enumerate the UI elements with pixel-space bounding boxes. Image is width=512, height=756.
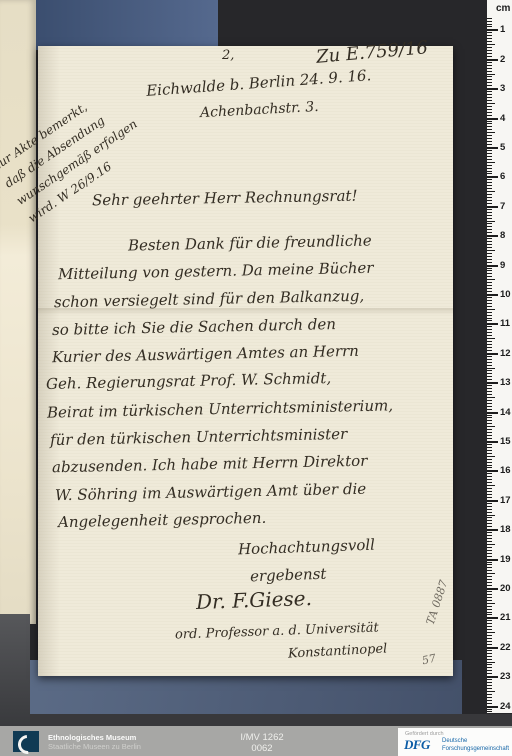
ruler-tick: [487, 250, 495, 251]
ruler-tick: [487, 323, 498, 325]
ruler-tick: [487, 121, 492, 122]
ruler-tick: [487, 535, 492, 536]
ruler-tick: [487, 259, 492, 260]
ruler-tick: [487, 232, 492, 233]
museum-subtitle: Staatliche Museen zu Berlin: [48, 742, 141, 751]
ruler-tick: [487, 150, 492, 151]
ruler-tick: [487, 26, 492, 27]
ruler-tick: [487, 470, 498, 472]
ruler-tick: [487, 362, 492, 363]
ruler-tick: [487, 429, 492, 430]
ruler-tick: [487, 564, 492, 565]
ruler-tick: [487, 76, 492, 77]
ruler-tick: [487, 144, 492, 145]
ruler-tick: [487, 41, 492, 42]
ruler-tick: [487, 547, 492, 548]
ruler-tick: [487, 635, 492, 636]
page-number-annotation: 2,: [222, 48, 234, 63]
ruler-tick: [487, 221, 495, 222]
ruler-tick: [487, 585, 492, 586]
ruler-tick: [487, 209, 492, 210]
ruler-tick: [487, 517, 492, 518]
ruler-tick: [487, 706, 498, 708]
museum-logo-icon: [13, 731, 39, 752]
ruler-tick: [487, 365, 492, 366]
ruler-tick: [487, 544, 495, 545]
ruler-tick: [487, 59, 498, 61]
ruler-number: 11: [500, 318, 510, 329]
ruler-tick: [487, 56, 492, 57]
ruler-tick: [487, 297, 492, 298]
ruler-tick: [487, 685, 492, 686]
ruler-tick: [487, 653, 492, 654]
ruler-tick: [487, 682, 492, 683]
ruler-tick: [487, 74, 495, 75]
ruler-tick: [487, 65, 492, 66]
ruler-tick: [487, 526, 492, 527]
ruler-tick: [487, 509, 492, 510]
ruler-tick: [487, 400, 492, 401]
ruler-tick: [487, 679, 492, 680]
ruler-number: 4: [500, 113, 505, 124]
ruler-tick: [487, 350, 492, 351]
ruler-tick: [487, 403, 492, 404]
ruler-tick: [487, 664, 492, 665]
ruler-number: 5: [500, 142, 505, 153]
ruler-tick: [487, 626, 492, 627]
ruler-tick: [487, 53, 492, 54]
ruler-tick: [487, 318, 492, 319]
ruler-tick: [487, 282, 492, 283]
ruler-tick: [487, 194, 492, 195]
ruler-tick: [487, 162, 495, 163]
ruler-tick: [487, 700, 492, 701]
ruler-tick: [487, 532, 492, 533]
ruler-tick: [487, 694, 492, 695]
ruler-tick: [487, 541, 492, 542]
ruler-tick: [487, 512, 492, 513]
ruler-tick: [487, 171, 492, 172]
ruler-tick: [487, 647, 498, 649]
ruler-tick: [487, 303, 492, 304]
ruler-tick: [487, 68, 492, 69]
ruler-tick: [487, 588, 498, 590]
ruler-tick: [487, 212, 492, 213]
ruler-tick: [487, 562, 492, 563]
ruler-tick: [487, 368, 495, 369]
ruler-tick: [487, 226, 492, 227]
ruler-tick: [487, 353, 498, 355]
ruler-tick: [487, 129, 492, 130]
ruler-tick: [487, 106, 492, 107]
ruler-tick: [487, 553, 492, 554]
ruler-number: 7: [500, 201, 505, 212]
ruler-tick: [487, 50, 492, 51]
ruler-tick: [487, 638, 492, 639]
ruler-tick: [487, 641, 492, 642]
ruler-tick: [487, 126, 492, 127]
ruler-tick: [487, 97, 492, 98]
ruler-tick: [487, 632, 495, 633]
ruler-tick: [487, 670, 492, 671]
ruler-tick: [487, 406, 492, 407]
ruler-tick: [487, 82, 492, 83]
ruler-tick: [487, 597, 492, 598]
ruler-tick: [487, 709, 492, 710]
ruler-tick: [487, 491, 492, 492]
ruler-number: 14: [500, 407, 511, 418]
ruler-number: 19: [500, 554, 511, 565]
ruler-tick: [487, 594, 492, 595]
ruler-tick: [487, 47, 492, 48]
ruler-tick: [487, 711, 492, 712]
ruler-tick: [487, 515, 495, 516]
ruler-tick: [487, 520, 492, 521]
ruler-tick: [487, 71, 492, 72]
inventory-id-block: I/MV 1262 0062: [226, 732, 298, 754]
ruler-tick: [487, 482, 492, 483]
ruler-number: 13: [500, 377, 511, 388]
ruler-tick: [487, 229, 492, 230]
ruler-tick: [487, 341, 492, 342]
scan-number: 0062: [226, 743, 298, 754]
dfg-logo: DFG: [404, 737, 430, 753]
ruler-tick: [487, 185, 492, 186]
ruler-tick: [487, 206, 498, 208]
ruler-tick: [487, 306, 492, 307]
ruler-tick: [487, 394, 492, 395]
funder-name-line: Forschungsgemeinschaft: [442, 746, 509, 754]
ruler-tick: [487, 203, 492, 204]
ruler-tick: [487, 656, 492, 657]
ruler-tick: [487, 479, 492, 480]
ruler-tick: [487, 444, 492, 445]
ruler-tick: [487, 688, 492, 689]
ruler-tick: [487, 147, 498, 149]
ruler-tick: [487, 79, 492, 80]
underlying-page-edge: [0, 0, 36, 624]
ruler-tick: [487, 138, 492, 139]
ruler-tick: [487, 215, 492, 216]
ruler-tick: [487, 391, 492, 392]
ruler-tick: [487, 456, 495, 457]
ruler-number: 18: [500, 524, 511, 535]
ruler-tick: [487, 241, 492, 242]
ruler-tick: [487, 191, 495, 192]
ruler-tick: [487, 388, 492, 389]
ruler-tick: [487, 441, 498, 443]
ruler-tick: [487, 609, 492, 610]
ruler-tick: [487, 476, 492, 477]
ruler-tick: [487, 426, 495, 427]
ruler-tick: [487, 538, 492, 539]
ruler-tick: [487, 100, 492, 101]
ruler-tick: [487, 506, 492, 507]
ruler-number: 17: [500, 495, 511, 506]
ruler-number: 9: [500, 260, 505, 271]
ruler-tick: [487, 662, 495, 663]
ruler-tick: [487, 279, 495, 280]
ruler-tick: [487, 38, 492, 39]
ruler-tick: [487, 376, 492, 377]
ruler-tick: [487, 465, 492, 466]
ruler-tick: [487, 335, 492, 336]
ruler-tick: [487, 103, 495, 104]
ruler-tick: [487, 462, 492, 463]
ruler-tick: [487, 253, 492, 254]
ruler-tick: [487, 320, 492, 321]
ruler-tick: [487, 118, 498, 120]
ruler-tick: [487, 112, 492, 113]
ruler-tick: [487, 235, 498, 237]
ruler-tick: [487, 356, 492, 357]
ruler-tick: [487, 435, 492, 436]
ruler-number: 10: [500, 289, 511, 300]
ruler-tick: [487, 379, 492, 380]
ruler-tick: [487, 409, 492, 410]
ruler-tick: [487, 412, 498, 414]
ruler-tick: [487, 620, 492, 621]
ruler-tick: [487, 576, 492, 577]
ruler-number: 21: [500, 612, 511, 623]
museum-title-block: Ethnologisches Museum Staatliche Museen …: [48, 733, 141, 751]
ruler-tick: [487, 123, 492, 124]
ruler-tick: [487, 623, 492, 624]
ruler-tick: [487, 156, 492, 157]
ruler-tick: [487, 382, 498, 384]
ruler-tick: [487, 567, 492, 568]
ruler-tick: [487, 88, 498, 90]
ruler-number: 3: [500, 83, 505, 94]
ruler-tick: [487, 326, 492, 327]
ruler-tick: [487, 91, 492, 92]
ruler-tick: [487, 438, 492, 439]
ruler-tick: [487, 570, 492, 571]
ruler-tick: [487, 579, 492, 580]
ruler-tick: [487, 332, 492, 333]
ruler-tick: [487, 559, 498, 561]
ruler-tick: [487, 29, 498, 31]
ruler-tick: [487, 141, 492, 142]
ruler-tick: [487, 338, 495, 339]
ruler-tick: [487, 288, 492, 289]
ruler-tick: [487, 415, 492, 416]
ruler-tick: [487, 550, 492, 551]
ruler-tick: [487, 603, 495, 604]
ruler-tick: [487, 18, 492, 19]
ruler-tick: [487, 218, 492, 219]
ruler-tick: [487, 115, 492, 116]
ruler-tick: [487, 265, 498, 267]
ruler-number: 1: [500, 24, 505, 35]
ruler-number: 22: [500, 642, 511, 653]
ruler-tick: [487, 188, 492, 189]
ruler-tick: [487, 667, 492, 668]
museum-name: Ethnologisches Museum: [48, 733, 141, 742]
ruler-tick: [487, 62, 492, 63]
folder-cover-top: [36, 0, 218, 50]
ruler-tick: [487, 312, 492, 313]
ruler-tick: [487, 223, 492, 224]
dfg-funding-panel: Gefördert durch DFG Deutsche Forschungsg…: [398, 728, 512, 756]
ruler-tick: [487, 485, 495, 486]
funder-name: Deutsche Forschungsgemeinschaft: [442, 738, 509, 753]
ruler-tick: [487, 200, 492, 201]
ruler-tick: [487, 94, 492, 95]
ruler-tick: [487, 629, 492, 630]
closing-formula: ergebenst: [250, 565, 327, 586]
scan-background-strip: [0, 714, 512, 726]
ruler-tick: [487, 556, 492, 557]
ruler-tick: [487, 703, 492, 704]
ruler-tick: [487, 373, 492, 374]
ruler-tick: [487, 285, 492, 286]
ruler-tick: [487, 385, 492, 386]
ruler-tick: [487, 109, 492, 110]
funder-name-line: Deutsche: [442, 738, 509, 746]
ruler-tick: [487, 606, 492, 607]
ruler-tick: [487, 315, 492, 316]
ruler-tick: [487, 644, 492, 645]
ruler-tick: [487, 673, 492, 674]
ruler-tick: [487, 397, 495, 398]
ruler-tick: [487, 591, 492, 592]
ruler-tick: [487, 497, 492, 498]
ruler-tick: [487, 697, 492, 698]
ruler-tick: [487, 359, 492, 360]
ruler-number: 6: [500, 171, 505, 182]
ruler-tick: [487, 273, 492, 274]
ruler-tick: [487, 173, 492, 174]
ruler-tick: [487, 244, 492, 245]
ruler-tick: [487, 44, 495, 45]
ruler-tick: [487, 276, 492, 277]
ruler-tick: [487, 197, 492, 198]
ruler-tick: [487, 500, 498, 502]
ruler-tick: [487, 650, 492, 651]
ruler-number: 20: [500, 583, 511, 594]
ruler-tick: [487, 329, 492, 330]
ruler-tick: [487, 135, 492, 136]
ruler-tick: [487, 32, 492, 33]
ruler-tick: [487, 291, 492, 292]
ruler-tick: [487, 238, 492, 239]
ruler-tick: [487, 529, 498, 531]
ruler-tick: [487, 432, 492, 433]
ruler-number: 2: [500, 54, 505, 65]
ruler-tick: [487, 467, 492, 468]
inventory-id: I/MV 1262: [226, 732, 298, 743]
ruler-tick: [487, 617, 498, 619]
ruler-tick: [487, 262, 492, 263]
signature: Dr. F.Giese.: [196, 586, 313, 614]
ruler-tick: [487, 612, 492, 613]
ruler-tick: [487, 488, 492, 489]
footer-bar: Ethnologisches Museum Staatliche Museen …: [0, 726, 512, 756]
ruler-tick: [487, 573, 495, 574]
ruler-tick: [487, 85, 492, 86]
cm-ruler: cm 1234567891011121314151617181920212223…: [487, 0, 512, 713]
ruler-tick: [487, 494, 492, 495]
ruler-tick: [487, 300, 492, 301]
ruler-tick: [487, 256, 492, 257]
ruler-tick: [487, 582, 492, 583]
ruler-tick: [487, 453, 492, 454]
ruler-number: 16: [500, 465, 511, 476]
ruler-tick: [487, 420, 492, 421]
ruler-tick: [487, 347, 492, 348]
ruler-tick: [487, 676, 498, 678]
ruler-tick: [487, 270, 492, 271]
ruler-tick: [487, 344, 492, 345]
ruler-tick: [487, 268, 492, 269]
ruler-number: 12: [500, 348, 511, 359]
ruler-tick: [487, 600, 492, 601]
ruler-tick: [487, 614, 492, 615]
ruler-number: 24: [500, 701, 511, 712]
ruler-tick: [487, 447, 492, 448]
ruler-tick: [487, 247, 492, 248]
ruler-tick: [487, 459, 492, 460]
ruler-tick: [487, 132, 495, 133]
ruler-tick: [487, 153, 492, 154]
ruler-tick: [487, 309, 495, 310]
ruler-number: 8: [500, 230, 505, 241]
ruler-tick: [487, 659, 492, 660]
ruler-tick: [487, 423, 492, 424]
ruler-number: 15: [500, 436, 511, 447]
ruler-tick: [487, 179, 492, 180]
ruler-tick: [487, 473, 492, 474]
ruler-tick: [487, 370, 492, 371]
ruler-tick: [487, 159, 492, 160]
document-scan-viewer: 2, Zu E.759/16 Eichwalde b. Berlin 24. 9…: [0, 0, 512, 756]
ruler-tick: [487, 523, 492, 524]
ruler-tick: [487, 294, 498, 296]
ruler-tick: [487, 21, 492, 22]
ruler-number: 23: [500, 671, 511, 682]
ruler-tick: [487, 24, 492, 25]
ruler-tick: [487, 691, 495, 692]
ruler-tick: [487, 417, 492, 418]
ruler-tick: [487, 165, 492, 166]
ruler-tick: [487, 503, 492, 504]
ruler-tick: [487, 168, 492, 169]
museum-logo-curve-icon: [14, 731, 41, 756]
ruler-tick: [487, 35, 492, 36]
ruler-tick: [487, 182, 492, 183]
ruler-tick: [487, 176, 498, 178]
ruler-unit-label: cm: [496, 3, 510, 14]
ruler-tick: [487, 450, 492, 451]
